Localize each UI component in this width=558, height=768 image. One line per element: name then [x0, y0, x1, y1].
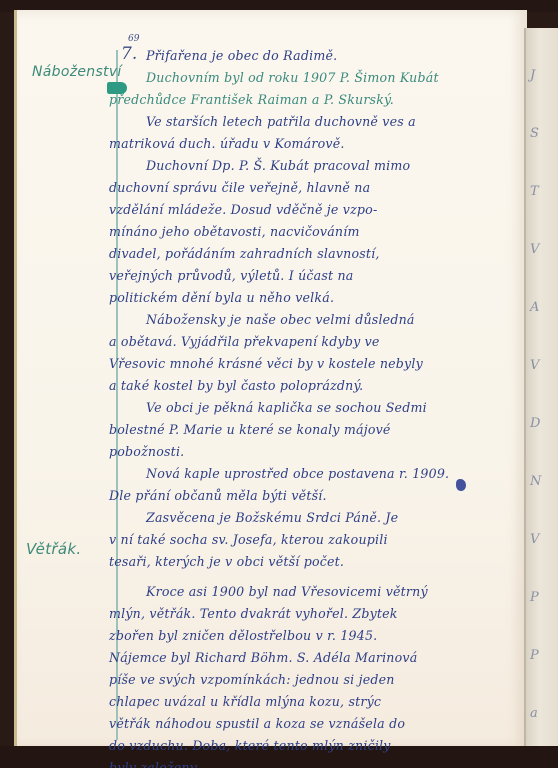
handwritten-line: předchůdce František Raiman a P. Skurský…: [109, 92, 394, 107]
bleed-through-glyph: P: [530, 590, 539, 605]
page-number-mark: 69: [128, 34, 139, 44]
handwritten-line: tesaři, kterých je v obci větší počet.: [109, 554, 344, 569]
bleed-through-glyph: N: [530, 474, 541, 489]
handwritten-line: Duchovní Dp. P. Š. Kubát pracoval mimo: [146, 158, 410, 173]
handwritten-line: mínáno jeho obětavosti, nacvičováním: [109, 224, 360, 239]
bleed-through-glyph: S: [530, 126, 539, 141]
handwritten-line: pobožnosti.: [109, 444, 184, 459]
handwritten-line: mlýn, větřák. Tento dvakrát vyhořel. Zby…: [109, 606, 398, 621]
handwritten-line: Vřesovic mnohé krásné věci by v kostele …: [109, 356, 423, 371]
handwritten-line: Zasvěcena je Božskému Srdci Páně. Je: [146, 510, 398, 525]
handwritten-line: v ní také socha sv. Josefa, kterou zakou…: [109, 532, 388, 547]
handwritten-line: duchovní správu čile veřejně, hlavně na: [109, 180, 370, 195]
handwritten-line: píše ve svých vzpomínkách: jednou si jed…: [109, 672, 395, 687]
bleed-through-glyph: P: [530, 648, 539, 663]
handwritten-line: zbořen byl zničen dělostřelbou v r. 1945…: [109, 628, 377, 643]
bleed-through-glyph: V: [530, 532, 539, 547]
bleed-through-glyph: V: [530, 242, 539, 257]
handwritten-line: byly založeny.: [109, 760, 200, 768]
handwritten-line: a obětavá. Vyjádřila překvapení kdyby ve: [109, 334, 380, 349]
handwritten-line: Dle přání občanů měla býti větší.: [109, 488, 327, 503]
bleed-through-glyph: T: [530, 184, 539, 199]
handwritten-line: a také kostel by byl často poloprázdný.: [109, 378, 363, 393]
handwritten-line: veřejných průvodů, výletů. I účast na: [109, 268, 354, 283]
handwritten-line: Nábožensky je naše obec velmi důsledná: [146, 312, 415, 327]
handwritten-line: Nájemce byl Richard Böhm. S. Adéla Marin…: [109, 650, 417, 665]
handwritten-line: bolestné P. Marie u které se konaly májo…: [109, 422, 391, 437]
bleed-through-glyph: a: [530, 706, 538, 721]
handwritten-line: větřák náhodou spustil a koza se vznášel…: [109, 716, 405, 731]
handwritten-line: divadel, pořádáním zahradních slavností,: [109, 246, 380, 261]
handwritten-line: vzdělání mládeže. Dosud vděčně je vzpo-: [109, 202, 377, 217]
handwritten-line: Kroce asi 1900 byl nad Vřesovicemi větrn…: [146, 584, 428, 599]
handwritten-line: Ve starších letech patřila duchovně ves …: [146, 114, 416, 129]
adjacent-page-edge: JSTVAVDNVPPa: [524, 28, 558, 750]
handwritten-line: do vzduchu. Doba, které tento mlýn zniči…: [109, 738, 391, 753]
section-number: 7.: [121, 44, 137, 64]
handwritten-line: Duchovním byl od roku 1907 P. Šimon Kubá…: [146, 70, 439, 85]
margin-label-vetrak: Větřák.: [26, 540, 81, 558]
bleed-through-glyph: V: [530, 358, 539, 373]
handwritten-line: chlapec uvázal u křídla mlýna kozu, strý…: [109, 694, 381, 709]
ink-blot-mark: [456, 479, 466, 491]
margin-label-nabozenstvi: Náboženství: [32, 64, 122, 80]
handwritten-line: Přifařena je obec do Radimě.: [146, 48, 337, 63]
handwritten-line: politickém dění byla u něho velká.: [109, 290, 334, 305]
handwritten-line: Ve obci je pěkná kaplička se sochou Sedm…: [146, 400, 427, 415]
handwritten-line: matriková duch. úřadu v Komárově.: [109, 136, 345, 151]
bleed-through-glyph: J: [530, 68, 535, 83]
handwritten-line: Nová kaple uprostřed obce postavena r. 1…: [146, 466, 449, 481]
bleed-through-glyph: A: [530, 300, 539, 315]
bleed-through-glyph: D: [530, 416, 540, 431]
